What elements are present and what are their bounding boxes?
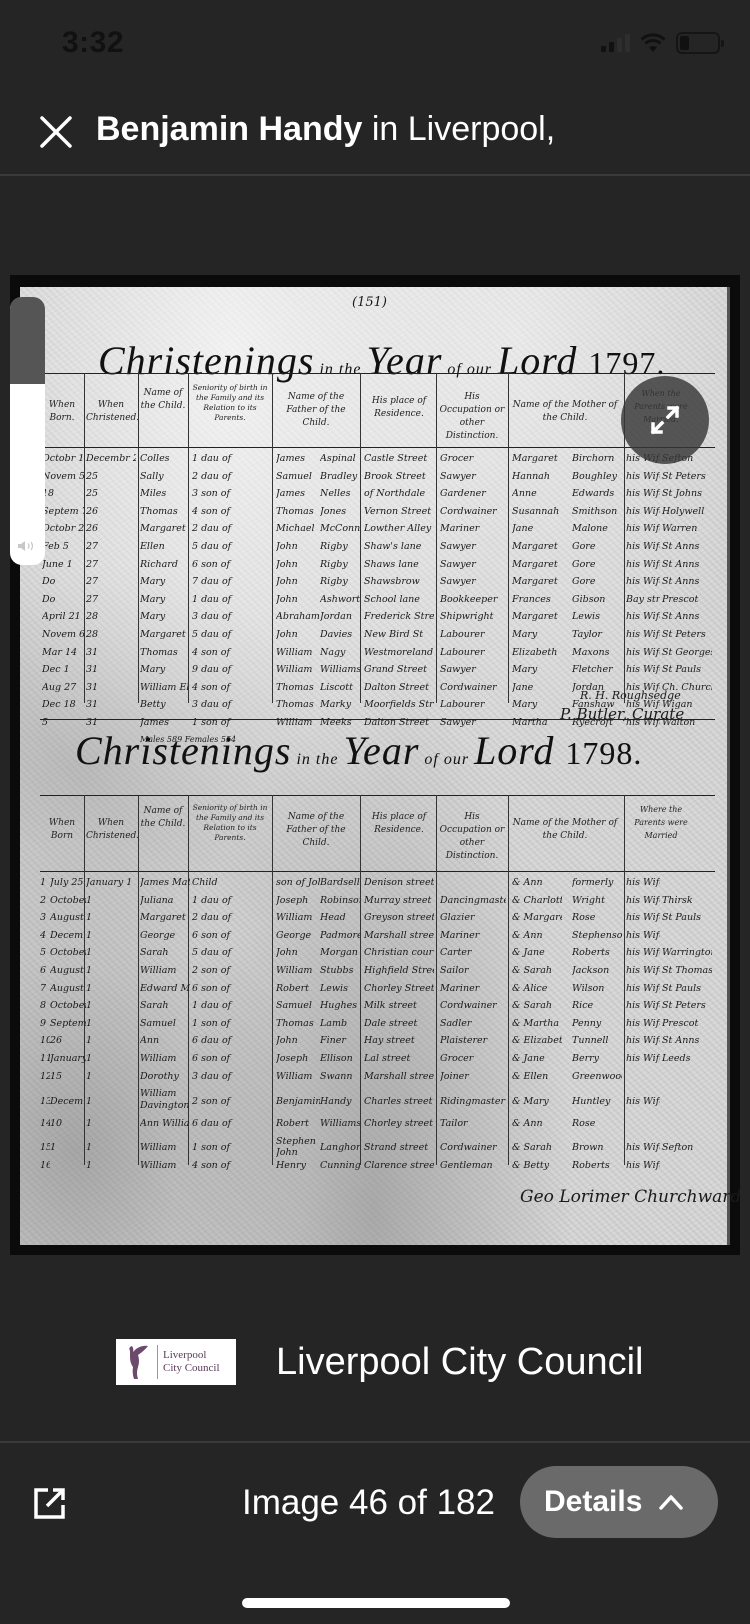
table-row: 4Decem 71George6 son ofGeorgePadmoreMars… xyxy=(40,928,713,946)
bottom-bar: Image 46 of 182 Details xyxy=(0,1443,750,1553)
table-row: 12151Dorothy3 dau ofWilliamSwannMarshall… xyxy=(40,1069,713,1087)
volume-empty-track xyxy=(10,297,45,384)
table-row: 1825Miles3 son ofJamesNellesof Northdale… xyxy=(40,486,713,504)
col-residence: His place of Residence. xyxy=(364,395,434,421)
table-row: 1511William1 son ofStephen JohnLanghornS… xyxy=(40,1134,713,1158)
churchwarden-signature: Geo Lorimer Churchwarden xyxy=(520,1187,740,1207)
page-title: Benjamin Handy in Liverpool, xyxy=(96,110,555,149)
col-father: Name of the Father of the Child. xyxy=(276,811,356,850)
entries-1798: 1July 25January 1James MatthewChildson o… xyxy=(40,875,713,1175)
col-seniority: Seniority of birth in the Family and its… xyxy=(190,803,270,843)
status-icons xyxy=(601,32,720,54)
table-row: 161William4 son ofHenryCunninghamClarenc… xyxy=(40,1158,713,1176)
table-row: Novem 628Margaret5 dau ofJohnDaviesNew B… xyxy=(40,627,713,645)
page-number: (151) xyxy=(352,295,387,310)
rule xyxy=(40,373,715,374)
col-seniority: Seniority of birth in the Family and its… xyxy=(190,383,270,423)
rule xyxy=(40,719,715,720)
title-bar: Benjamin Handy in Liverpool, xyxy=(0,90,750,176)
col-mother: Name of the Mother of the Child. xyxy=(510,817,620,843)
rule xyxy=(40,871,715,872)
table-row: June 127Richard6 son ofJohnRigbyShaws la… xyxy=(40,557,713,575)
wifi-icon xyxy=(640,33,666,53)
logo-text: Liverpool City Council xyxy=(163,1349,220,1375)
col-when-christened: When Christened. xyxy=(86,399,136,425)
table-row: Dec 131Mary9 dau ofWilliamWilliamsGrand … xyxy=(40,662,713,680)
col-mother: Name of the Mother of the Child. xyxy=(510,399,620,425)
col-occupation: His Occupation or other Distinction. xyxy=(438,391,506,443)
table-row: 14101Ann Williams6 dau ofRobertWilliamsC… xyxy=(40,1116,713,1134)
table-row: 2October 81Juliana1 dau ofJosephRobinson… xyxy=(40,893,713,911)
col-occupation: His Occupation or other Distinction. xyxy=(438,811,506,863)
table-row: Do27Mary7 dau ofJohnRigbyShawsbrowSawyer… xyxy=(40,574,713,592)
volume-slider[interactable] xyxy=(10,297,45,565)
table-row: Novem 525Sally2 dau ofSamuelBradleyBrook… xyxy=(40,469,713,487)
col-married: Where the Parents were Married xyxy=(626,803,696,842)
status-bar: 3:32 xyxy=(0,0,750,90)
source-name[interactable]: Liverpool City Council xyxy=(276,1341,644,1384)
document-viewer[interactable]: (151) Christenings in the Year of our Lo… xyxy=(0,176,750,1356)
title-person-name: Benjamin Handy xyxy=(96,110,362,148)
signature-1797-a: R. H. Roughsedge xyxy=(580,689,681,702)
col-child-name: Name of the Child. xyxy=(140,387,186,413)
col-child-name: Name of the Child. xyxy=(140,805,186,831)
table-row: 6August 101William2 son ofWilliamStubbsH… xyxy=(40,963,713,981)
cellular-signal-icon xyxy=(601,34,630,52)
external-link-icon xyxy=(32,1485,68,1521)
image-counter: Image 46 of 182 xyxy=(242,1483,495,1523)
table-row: 5October1Sarah5 dau ofJohnMorganChristia… xyxy=(40,945,713,963)
heading-1797: Christenings in the Year of our Lord 179… xyxy=(98,337,665,384)
details-label: Details xyxy=(544,1485,642,1519)
col-residence: His place of Residence. xyxy=(364,811,434,837)
expand-button[interactable] xyxy=(621,376,709,464)
table-row: 9Septem 251Samuel1 son ofThomasLambDale … xyxy=(40,1016,713,1034)
col-when-born: When Born xyxy=(42,817,82,843)
col-when-born: When Born. xyxy=(42,399,82,425)
liverpool-city-council-logo: Liverpool City Council xyxy=(116,1339,236,1385)
source-row: Liverpool City Council Liverpool City Co… xyxy=(0,1325,750,1435)
table-row: Septem 726Thomas4 son ofThomasJonesVerno… xyxy=(40,504,713,522)
table-row: Do27Mary1 dau ofJohnAshworthSchool laneB… xyxy=(40,592,713,610)
col-when-christened: When Christened. xyxy=(86,817,136,843)
close-button[interactable] xyxy=(38,114,74,150)
chevron-up-icon xyxy=(658,1493,684,1511)
table-row: 10261Ann6 dau ofJohnFinerHay streetPlais… xyxy=(40,1033,713,1051)
liver-bird-icon xyxy=(122,1343,152,1381)
signature-1797-b: P. Butler, Curate xyxy=(560,705,684,723)
home-indicator[interactable] xyxy=(242,1598,510,1608)
battery-icon xyxy=(676,32,720,54)
table-row: April 2128Mary3 dau ofAbrahamJordanFrede… xyxy=(40,609,713,627)
table-row: 3August 221Margaret2 dau ofWilliamHeadGr… xyxy=(40,910,713,928)
speaker-icon xyxy=(16,539,38,553)
status-time: 3:32 xyxy=(62,26,124,60)
table-row: Feb 527Ellen5 dau ofJohnRigbyShaw's lane… xyxy=(40,539,713,557)
table-row: Octobr 2326Margaret2 dau ofMichaelMcConn… xyxy=(40,521,713,539)
table-row: 1July 25January 1James MatthewChildson o… xyxy=(40,875,713,893)
table-row: Octobr 10Decembr 25Colles1 dau ofJamesAs… xyxy=(40,451,713,469)
title-location: in Liverpool, xyxy=(362,110,555,148)
rule xyxy=(40,795,715,796)
table-row: 7August 51Edward Matthew6 son ofRobertLe… xyxy=(40,981,713,999)
rule xyxy=(40,447,715,448)
open-external-button[interactable] xyxy=(32,1485,68,1521)
expand-arrows-icon xyxy=(647,402,683,438)
table-row-benjamin-handy: 13Decem 161William Davington2 son ofBenj… xyxy=(40,1086,713,1116)
heading-1798: Christenings in the Year of our Lord 179… xyxy=(75,727,642,774)
col-father: Name of the Father of the Child. xyxy=(276,391,356,430)
logo-divider xyxy=(157,1345,158,1379)
table-row: 8October 11Sarah1 dau ofSamuelHughesMilk… xyxy=(40,998,713,1016)
table-row: 11January 231William6 son ofJosephElliso… xyxy=(40,1051,713,1069)
table-row: Mar 1431Thomas4 son ofWilliamNagyWestmor… xyxy=(40,645,713,663)
details-button[interactable]: Details xyxy=(520,1466,718,1538)
close-icon xyxy=(38,114,74,150)
